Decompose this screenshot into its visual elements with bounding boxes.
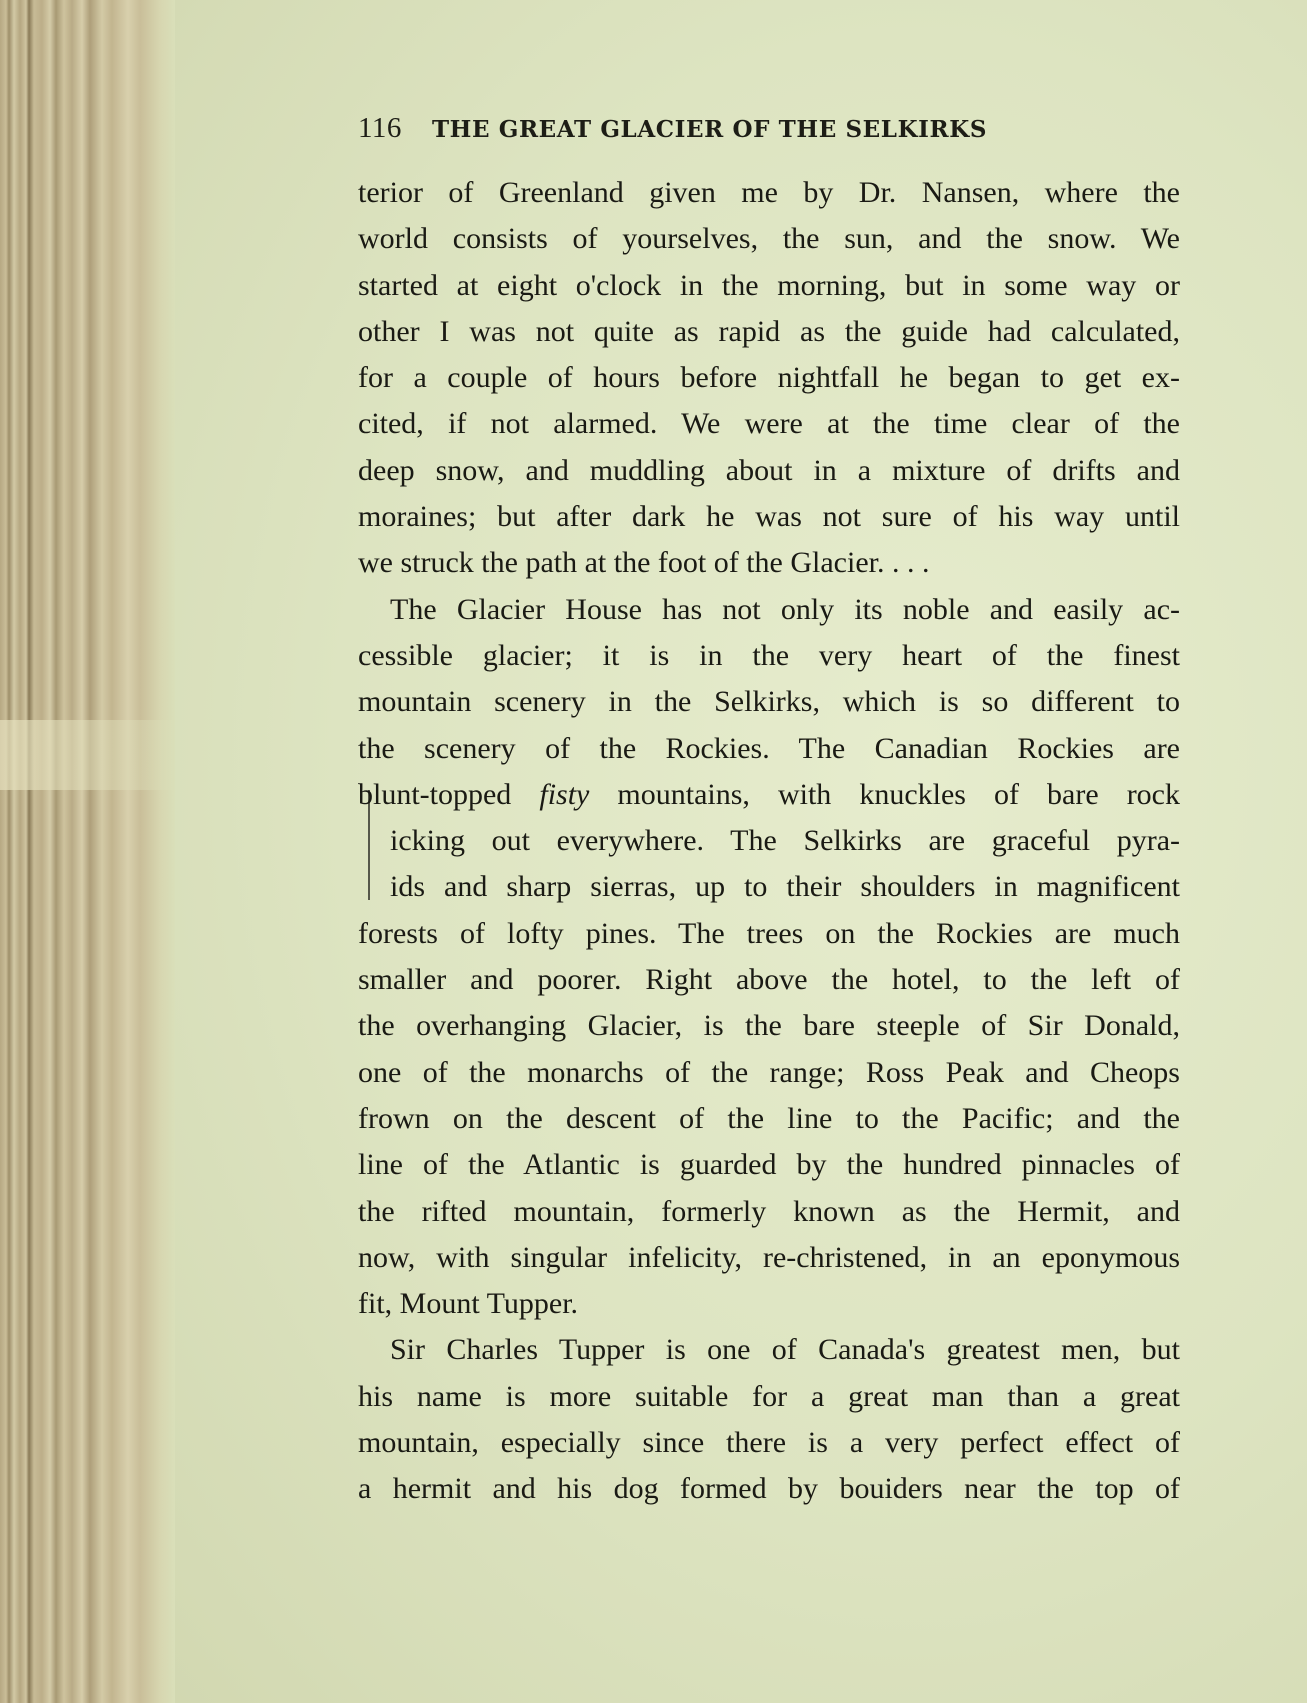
text-line: forests of lofty pines. The trees on the… [358,911,1180,957]
book-page-edges [0,0,175,1703]
running-head: 116 THE GREAT GLACIER OF THE SELKIRKS [358,112,1098,145]
italic-word: fisty [539,778,589,811]
paragraph-start-line: The Glacier House has not only its noble… [358,587,1180,633]
text-line: frown on the descent of the line to the … [358,1096,1180,1142]
text-line: the rifted mountain, formerly known as t… [358,1189,1180,1235]
text-line: for a couple of hours before nightfall h… [358,355,1180,401]
text-line: the overhanging Glacier, is the bare ste… [358,1003,1180,1049]
text-line: the scenery of the Rockies. The Canadian… [358,726,1180,772]
text-line: blunt-topped fisty mountains, with knuck… [358,772,1180,818]
text-line: icking out everywhere. The Selkirks are … [358,818,1180,864]
text-line: started at eight o'clock in the morning,… [358,263,1180,309]
text-line: moraines; but after dark he was not sure… [358,494,1180,540]
text-line: a hermit and his dog formed by bouiders … [358,1466,1180,1512]
text-line: cited, if not alarmed. We were at the ti… [358,401,1180,447]
page-number: 116 [358,112,402,145]
text-line: fit, Mount Tupper. [358,1281,1180,1327]
text-line: other I was not quite as rapid as the gu… [358,309,1180,355]
text-line: deep snow, and muddling about in a mixtu… [358,448,1180,494]
text-line: smaller and poorer. Right above the hote… [358,957,1180,1003]
running-title: THE GREAT GLACIER OF THE SELKIRKS [432,116,987,143]
paragraph-start-line: Sir Charles Tupper is one of Canada's gr… [358,1327,1180,1373]
text-line: we struck the path at the foot of the Gl… [358,540,1180,586]
text-line: cessible glacier; it is in the very hear… [358,633,1180,679]
text-line: his name is more suitable for a great ma… [358,1374,1180,1420]
text-line: mountain, especially since there is a ve… [358,1420,1180,1466]
text-line: one of the monarchs of the range; Ross P… [358,1050,1180,1096]
text-line: terior of Greenland given me by Dr. Nans… [358,170,1180,216]
text-line: ids and sharp sierras, up to their shoul… [358,864,1180,910]
text-line: line of the Atlantic is guarded by the h… [358,1142,1180,1188]
body-text: terior of Greenland given me by Dr. Nans… [358,170,1180,1513]
text-line: mountain scenery in the Selkirks, which … [358,679,1180,725]
text-line: world consists of yourselves, the sun, a… [358,216,1180,262]
text-line: now, with singular infelicity, re-christ… [358,1235,1180,1281]
